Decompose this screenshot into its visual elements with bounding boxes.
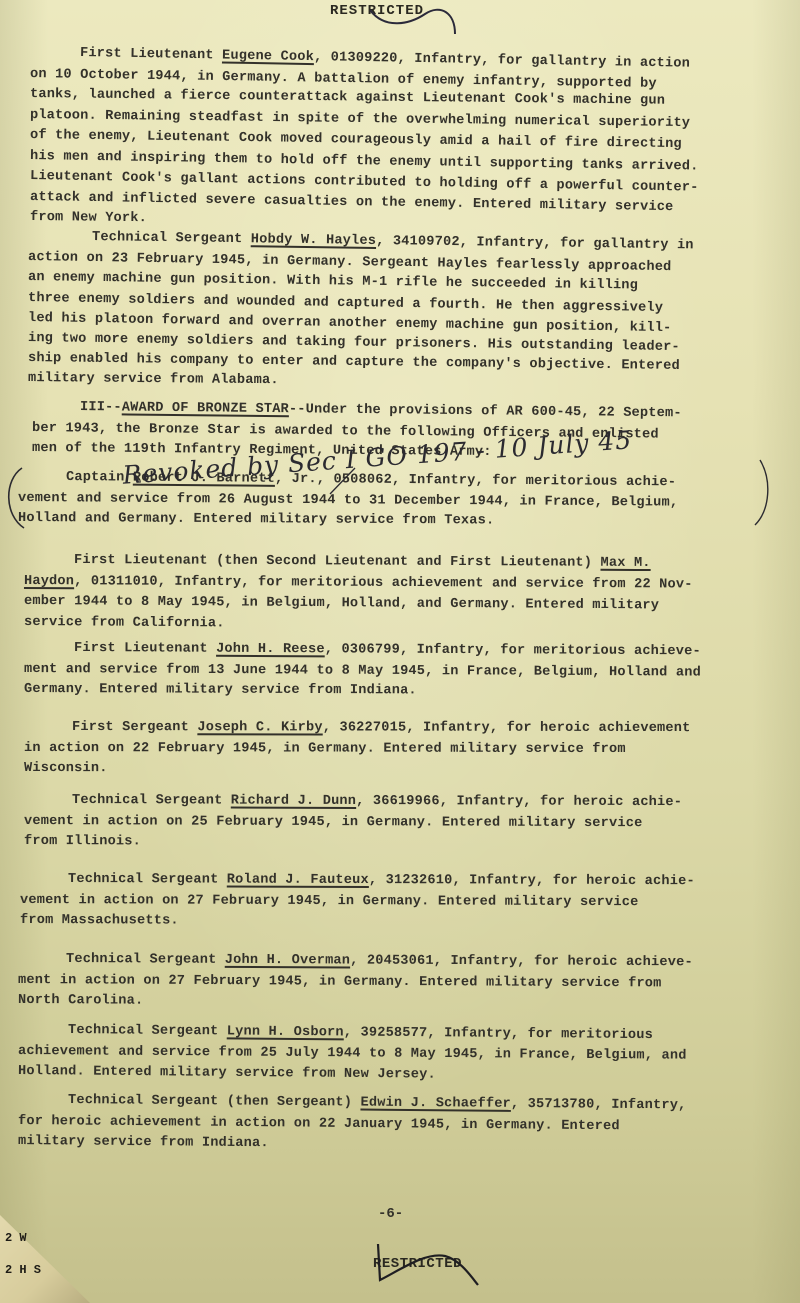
recipient-name: Lynn H. Osborn xyxy=(227,1024,344,1040)
citation-details: , 0306799, Infantry, for meritorious ach… xyxy=(325,642,701,659)
citation-line: from New York. xyxy=(30,210,147,226)
citation-rank: III-- xyxy=(80,400,122,415)
citation-first-line: Technical Sergeant Hobdy W. Hayles, 3410… xyxy=(92,230,694,253)
citation-details: , 20453061, Infantry, for heroic achieve… xyxy=(350,953,693,970)
citation-details: , 01311010, Infantry, for meritorious ac… xyxy=(74,574,693,592)
citation-line: vement and service from 26 August 1944 t… xyxy=(18,491,678,511)
citation-line: for heroic achievement in action on 22 J… xyxy=(18,1114,620,1134)
citation-line: ment and service from 13 June 1944 to 8 … xyxy=(24,662,701,681)
citation-first-line: Technical Sergeant Richard J. Dunn, 3661… xyxy=(72,793,682,810)
citation-rank: Technical Sergeant xyxy=(68,1023,227,1039)
recipient-name: Haydon xyxy=(24,574,74,589)
citation-line: Holland. Entered military service from N… xyxy=(18,1064,436,1083)
recipient-name: John H. Overman xyxy=(225,953,350,969)
citation-line: ment in action on 27 February 1945, in G… xyxy=(18,973,662,991)
citation-rank: Technical Sergeant xyxy=(92,230,251,247)
citation-first-line: First Sergeant Joseph C. Kirby, 36227015… xyxy=(72,720,691,736)
citation-line: ship enabled his company to enter and ca… xyxy=(28,351,680,374)
citation-details: , 35713780, Infantry, xyxy=(511,1097,687,1114)
citation-line: vement in action on 25 February 1945, in… xyxy=(24,814,643,831)
citation-line: achievement and service from 25 July 194… xyxy=(18,1044,687,1064)
citation-details: , 01309220, Infantry, for gallantry in a… xyxy=(314,50,690,72)
citation-line: ember 1944 to 8 May 1945, in Belgium, Ho… xyxy=(24,594,659,613)
citation-details: , 31232610, Infantry, for heroic achie- xyxy=(369,873,695,889)
citation-line: an enemy machine gun position. With his … xyxy=(28,270,638,294)
citation-details: , 39258577, Infantry, for meritorious xyxy=(344,1025,653,1043)
recipient-name: Richard J. Dunn xyxy=(231,794,356,809)
citation-first-line: Technical Sergeant Lynn H. Osborn, 39258… xyxy=(68,1023,653,1043)
citation-rank: Technical Sergeant xyxy=(72,793,231,809)
citation-line: North Carolina. xyxy=(18,993,143,1009)
citation-line: military service from Alabama. xyxy=(28,371,279,388)
citation-rank: Technical Sergeant xyxy=(66,952,225,968)
citation-line: military service from Indiana. xyxy=(18,1134,269,1151)
citation-rank: Technical Sergeant (then Sergeant) xyxy=(68,1093,361,1111)
citation-rank: First Lieutenant xyxy=(80,46,222,63)
citation-line: in action on 22 February 1945, in German… xyxy=(24,741,626,757)
recipient-name: Eugene Cook xyxy=(222,48,314,65)
corner-fragment-text: 2 W 2 H S xyxy=(5,1230,41,1278)
classification-header: RESTRICTED xyxy=(330,3,424,19)
citation-line: platoon. Remaining steadfast in spite of… xyxy=(30,108,690,131)
citation-line: vement in action on 27 February 1945, in… xyxy=(20,893,639,910)
citation-first-line: III--AWARD OF BRONZE STAR--Under the pro… xyxy=(80,400,682,421)
citation-details: , 36619966, Infantry, for heroic achie- xyxy=(356,794,682,810)
citation-rank: Technical Sergeant xyxy=(68,872,227,888)
recipient-name: AWARD OF BRONZE STAR xyxy=(122,400,289,417)
citation-line: from Massachusetts. xyxy=(20,913,179,929)
citation-line: Germany. Entered military service from I… xyxy=(24,682,417,698)
recipient-name: Joseph C. Kirby xyxy=(197,720,322,735)
citation-details: --Under the provisions of AR 600-45, 22 … xyxy=(289,402,682,421)
citation-first-line: First Lieutenant John H. Reese, 0306799,… xyxy=(74,641,701,659)
citation-line: Haydon, 01311010, Infantry, for meritori… xyxy=(24,574,693,593)
citation-first-line: First Lieutenant Eugene Cook, 01309220, … xyxy=(80,46,690,72)
recipient-name: John H. Reese xyxy=(216,642,325,658)
recipient-name: Max M. xyxy=(600,556,650,571)
citation-first-line: Technical Sergeant Roland J. Fauteux, 31… xyxy=(68,872,695,889)
citation-rank: First Lieutenant (then Second Lieutenant… xyxy=(74,553,601,571)
citation-rank: First Sergeant xyxy=(72,720,197,735)
page-number: -6- xyxy=(378,1206,403,1222)
citation-details: , 34109702, Infantry, for gallantry in xyxy=(376,234,694,253)
recipient-name: Roland J. Fauteux xyxy=(227,873,369,888)
citation-line: Wisconsin. xyxy=(24,761,108,776)
citation-line: of the enemy, Lieutenant Cook moved cour… xyxy=(30,128,682,152)
citation-first-line: First Lieutenant (then Second Lieutenant… xyxy=(74,553,651,571)
recipient-name: Hobdy W. Hayles xyxy=(251,232,377,249)
citation-details: , 36227015, Infantry, for heroic achieve… xyxy=(323,720,691,736)
citation-line: Holland and Germany. Entered military se… xyxy=(18,511,494,528)
citation-line: from Illinois. xyxy=(24,834,141,849)
citation-first-line: Technical Sergeant John H. Overman, 2045… xyxy=(66,952,693,970)
citation-first-line: Technical Sergeant (then Sergeant) Edwin… xyxy=(68,1093,687,1113)
classification-footer: RESTRICTED xyxy=(373,1256,462,1272)
citation-line: service from California. xyxy=(24,615,225,631)
citation-rank: First Lieutenant xyxy=(74,641,216,657)
document-page: RESTRICTED First Lieutenant Eugene Cook,… xyxy=(0,0,800,1303)
recipient-name: Edwin J. Schaeffer xyxy=(360,1096,511,1112)
